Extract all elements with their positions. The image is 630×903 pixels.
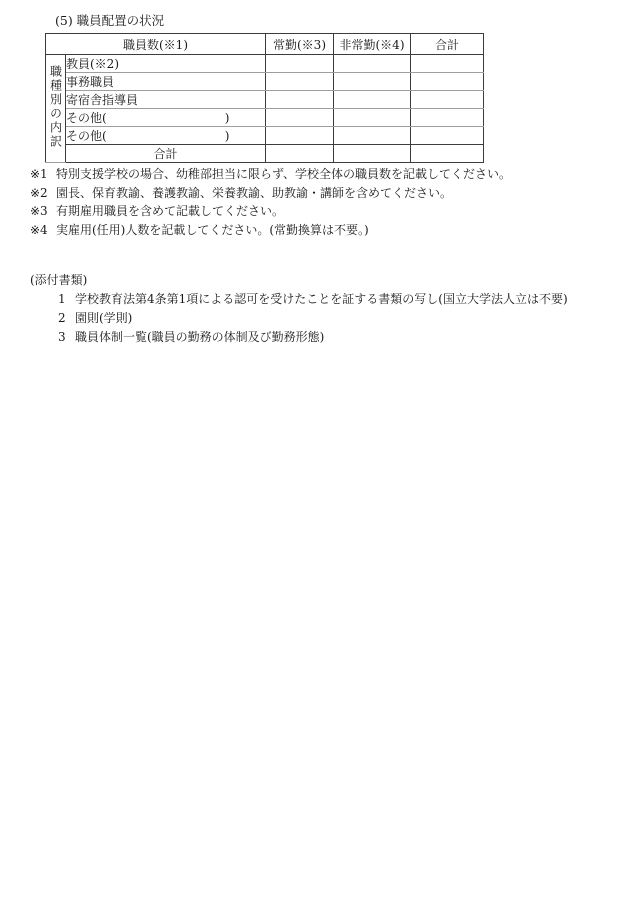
- table-total-row: 合計: [46, 145, 484, 163]
- attachment-1-text: 学校教育法第4条第1項による認可を受けたことを証する書類の写し(国立大学法人立は…: [75, 290, 568, 309]
- footnotes: ※1 特別支援学校の場合、幼稚部担当に限らず、学校全体の職員数を記載してください…: [30, 165, 511, 239]
- attachment-3-number: 3: [58, 328, 75, 347]
- cell-teachers-total: [411, 55, 484, 73]
- footnote-1-text: 特別支援学校の場合、幼稚部担当に限らず、学校全体の職員数を記載してください。: [56, 165, 511, 184]
- document-page: (5) 職員配置の状況 職員数(※1) 常勤(※3) 非常勤(※4) 合計 職種…: [0, 0, 630, 903]
- header-cell-full-time: 常勤(※3): [266, 34, 334, 55]
- footnote-3-text: 有期雇用職員を含めて記載してください。: [56, 202, 284, 221]
- attachment-1-number: 1: [58, 290, 75, 309]
- staff-placement-table: 職員数(※1) 常勤(※3) 非常勤(※4) 合計 職種別の内訳 教員(※2) …: [45, 33, 484, 163]
- footnote-2-marker: ※2: [30, 184, 56, 203]
- cell-other1-total: [411, 109, 484, 127]
- cell-total-part-time: [334, 145, 411, 163]
- cell-teachers-full-time: [266, 55, 334, 73]
- cell-other2-full-time: [266, 127, 334, 145]
- attachment-3-text: 職員体制一覧(職員の勤務の体制及び勤務形態): [75, 328, 324, 347]
- cell-admin-full-time: [266, 73, 334, 91]
- cell-total-full-time: [266, 145, 334, 163]
- footnote-1: ※1 特別支援学校の場合、幼稚部担当に限らず、学校全体の職員数を記載してください…: [30, 165, 511, 184]
- other-1-close-paren: ): [225, 111, 230, 125]
- section-title: (5) 職員配置の状況: [55, 13, 164, 28]
- footnote-4-marker: ※4: [30, 221, 56, 240]
- row-group-vertical-label: 職種別の内訳: [47, 65, 65, 149]
- cell-dorm-full-time: [266, 91, 334, 109]
- table-row: その他(): [46, 127, 484, 145]
- cell-other1-full-time: [266, 109, 334, 127]
- attachment-2-text: 園則(学則): [75, 309, 132, 328]
- row-label-admin-staff: 事務職員: [66, 73, 266, 91]
- row-group-label-cell: 職種別の内訳: [46, 55, 66, 163]
- footnote-2: ※2 園長、保育教諭、養護教諭、栄養教諭、助教諭・講師を含めてください。: [30, 184, 511, 203]
- header-cell-staff-count: 職員数(※1): [46, 34, 266, 55]
- cell-other1-part-time: [334, 109, 411, 127]
- cell-teachers-part-time: [334, 55, 411, 73]
- footnote-3: ※3 有期雇用職員を含めて記載してください。: [30, 202, 511, 221]
- header-cell-part-time: 非常勤(※4): [334, 34, 411, 55]
- cell-other2-total: [411, 127, 484, 145]
- attachments-section: (添付書類) 1 学校教育法第4条第1項による認可を受けたことを証する書類の写し…: [30, 271, 568, 347]
- attachment-2-number: 2: [58, 309, 75, 328]
- other-2-close-paren: ): [225, 129, 230, 143]
- table-row: 寄宿舎指導員: [46, 91, 484, 109]
- header-cell-total: 合計: [411, 34, 484, 55]
- table-row: その他(): [46, 109, 484, 127]
- attachment-item-1: 1 学校教育法第4条第1項による認可を受けたことを証する書類の写し(国立大学法人…: [58, 290, 568, 309]
- cell-dorm-part-time: [334, 91, 411, 109]
- cell-admin-part-time: [334, 73, 411, 91]
- footnote-3-marker: ※3: [30, 202, 56, 221]
- row-label-dorm-instructor: 寄宿舎指導員: [66, 91, 266, 109]
- attachments-heading: (添付書類): [30, 271, 568, 290]
- cell-admin-total: [411, 73, 484, 91]
- cell-other2-part-time: [334, 127, 411, 145]
- cell-total-total: [411, 145, 484, 163]
- other-2-label: その他(: [66, 129, 107, 143]
- footnote-4: ※4 実雇用(任用)人数を記載してください。(常勤換算は不要。): [30, 221, 511, 240]
- footnote-2-text: 園長、保育教諭、養護教諭、栄養教諭、助教諭・講師を含めてください。: [56, 184, 452, 203]
- row-label-teachers: 教員(※2): [66, 55, 266, 73]
- attachment-item-2: 2 園則(学則): [58, 309, 568, 328]
- row-label-other-2: その他(): [66, 127, 266, 145]
- row-label-other-1: その他(): [66, 109, 266, 127]
- row-label-total: 合計: [66, 145, 266, 163]
- other-1-label: その他(: [66, 111, 107, 125]
- table-row: 職種別の内訳 教員(※2): [46, 55, 484, 73]
- footnote-4-text: 実雇用(任用)人数を記載してください。(常勤換算は不要。): [56, 221, 369, 240]
- cell-dorm-total: [411, 91, 484, 109]
- table-header-row: 職員数(※1) 常勤(※3) 非常勤(※4) 合計: [46, 34, 484, 55]
- attachment-item-3: 3 職員体制一覧(職員の勤務の体制及び勤務形態): [58, 328, 568, 347]
- table-row: 事務職員: [46, 73, 484, 91]
- footnote-1-marker: ※1: [30, 165, 56, 184]
